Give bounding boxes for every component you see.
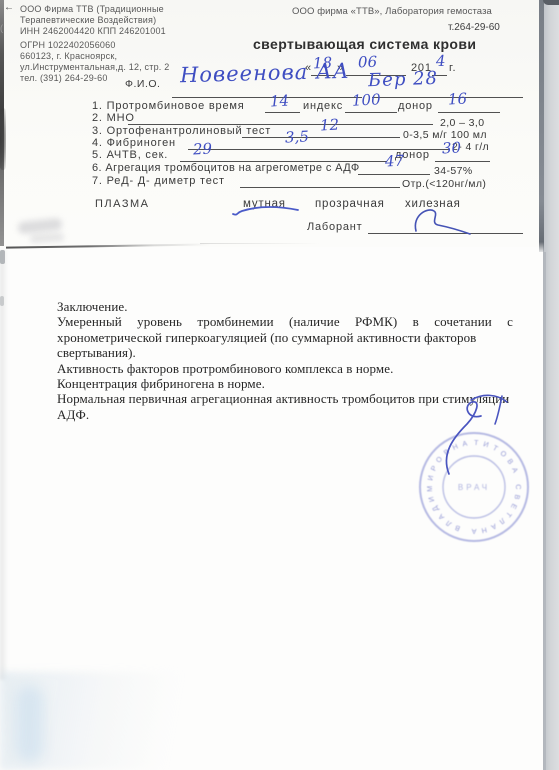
test-label: 7. РеД- Д- диметр тест — [92, 175, 225, 187]
underline — [172, 86, 362, 98]
scan-bottom-streak — [16, 686, 44, 762]
test-label: 5. АЧТВ, сек. — [92, 149, 168, 161]
test-value-handwritten: 30 — [442, 139, 462, 158]
lab-name: ООО фирма «ТТВ», Лаборатория гемостаза — [292, 6, 492, 17]
test-value-handwritten: 14 — [270, 92, 290, 111]
test-reference: 34-57% — [434, 165, 473, 177]
date-year-suffix: г. — [449, 62, 456, 74]
supplier-line: ИНН 2462004420 КПП 246201001 — [20, 26, 169, 37]
scan-left-edge-mark — [0, 108, 6, 170]
test-value-handwritten: 47 — [385, 152, 405, 171]
fio-handwritten: Новеенова АА — [180, 59, 350, 87]
conclusion-line: Концентрация фибриногена в норме. — [57, 376, 513, 391]
phone-number: т.264-29-60 — [448, 22, 500, 33]
plasma-label: ПЛАЗМА — [95, 198, 149, 210]
underline — [128, 113, 433, 125]
test-label: 1. Протромбиновое время — [92, 100, 245, 112]
underline — [240, 176, 400, 188]
fio-label: Ф.И.О. — [125, 78, 160, 90]
conclusion-line: Активность факторов протромбинового комп… — [57, 361, 513, 376]
test-label: 4. Фибриноген — [92, 137, 176, 149]
sheet-edge-line-faint — [200, 243, 320, 244]
stamp-center-text: ВРАЧ — [458, 483, 490, 492]
supplier-line: ул.Инструментальная,д. 12, стр. 2 — [20, 62, 169, 73]
test-value-handwritten: 29 — [193, 140, 213, 159]
supplier-line: ОГРН 1022402056060 — [20, 40, 169, 51]
scan-right-edge — [539, 0, 544, 252]
supplier-line: 660123, г. Красноярск, — [20, 51, 169, 62]
test-value-handwritten: 3,5 — [285, 127, 310, 146]
page-title: свертывающая система крови — [253, 36, 476, 52]
laborant-label: Лаборант — [307, 221, 363, 233]
test-reference: 2,0 – 3,0 — [440, 117, 484, 129]
scan-corner-wedge — [543, 0, 559, 5]
test-value-handwritten: 12 — [320, 116, 340, 135]
test-reference: Отр.(<120нг/мл) — [402, 178, 486, 190]
conclusion-line: Умеренный уровень тромбинемии (наличие Р… — [57, 314, 513, 329]
conclusion-heading: Заключение. — [57, 299, 513, 314]
pen-arrow-mark: ← — [4, 2, 14, 13]
plasma-check-mark — [230, 204, 302, 218]
plasma-option-prozrachnaya: прозрачная — [315, 198, 385, 210]
test-value-handwritten: 16 — [448, 90, 468, 109]
conclusion-line: хронометрической гиперкоагуляцией (по су… — [57, 330, 513, 345]
supplier-line: Терапевтические Воздействия) — [20, 15, 169, 26]
conclusion-line: свертывания). — [57, 345, 513, 360]
laborant-signature — [398, 203, 478, 239]
test-mid-label: индекс — [303, 100, 343, 112]
test-value-handwritten: 100 — [352, 90, 382, 109]
doctor-signature — [425, 392, 520, 482]
test-end-label: донор — [398, 100, 433, 112]
scan-left-shadow — [0, 250, 8, 680]
pen-mark: ( — [0, 23, 3, 33]
test-label: 6. Агрегация тромбоцитов на агрегометре … — [92, 162, 360, 174]
supplier-line: ООО Фирма ТТВ (Традиционные — [20, 4, 169, 15]
supplier-block: ООО Фирма ТТВ (Традиционные Терапевтичес… — [20, 4, 169, 84]
scan-right-edge-lower — [543, 252, 546, 770]
